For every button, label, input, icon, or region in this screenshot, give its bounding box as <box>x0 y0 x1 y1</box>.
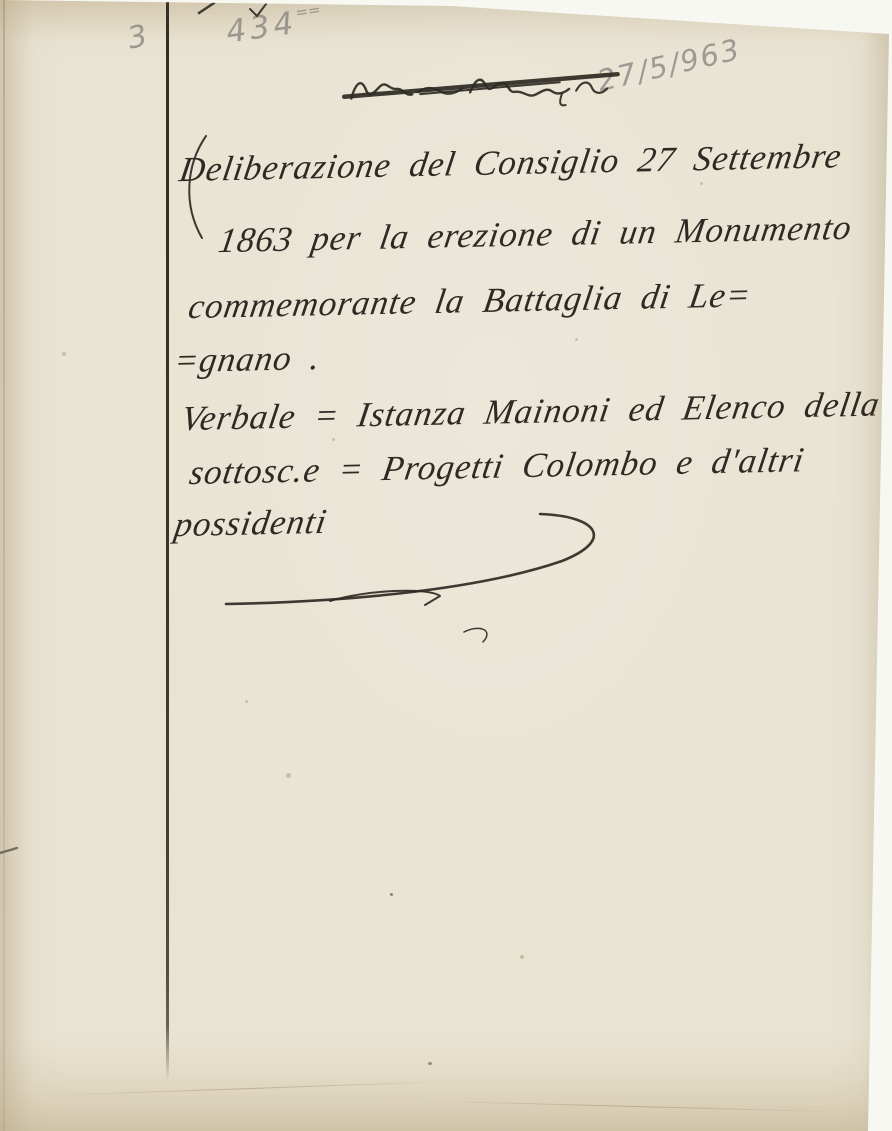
handwritten-line: 1863 per la erezione di un Monumento <box>216 208 855 261</box>
handwritten-line: commemorante la Battaglia di Le= <box>186 275 754 327</box>
foxing-spot <box>245 700 248 703</box>
handwritten-line: =gnano . <box>172 338 324 381</box>
foxing-spot <box>332 438 335 441</box>
handwritten-line: Verbale = Istanza Mainoni ed Elenco dell… <box>179 384 883 439</box>
foxing-spot <box>62 352 66 356</box>
foxing-spot <box>428 1062 432 1065</box>
foxing-spot <box>520 955 524 959</box>
scanned-document: 3 434== 27/5/963 <box>0 0 892 1131</box>
paper-sheet: 3 434== 27/5/963 <box>0 0 892 1131</box>
foxing-spot <box>700 182 703 185</box>
handwritten-line: sottosc.e = Progetti Colombo e d'altri <box>187 440 808 493</box>
handwritten-text-block: Deliberazione del Consiglio 27 Settembre… <box>0 0 892 1131</box>
handwritten-line: Deliberazione del Consiglio 27 Settembre <box>177 136 845 190</box>
foxing-spot <box>390 893 393 896</box>
foxing-spot <box>575 338 578 341</box>
handwritten-line: possidenti <box>172 502 330 545</box>
foxing-spot <box>286 773 291 778</box>
